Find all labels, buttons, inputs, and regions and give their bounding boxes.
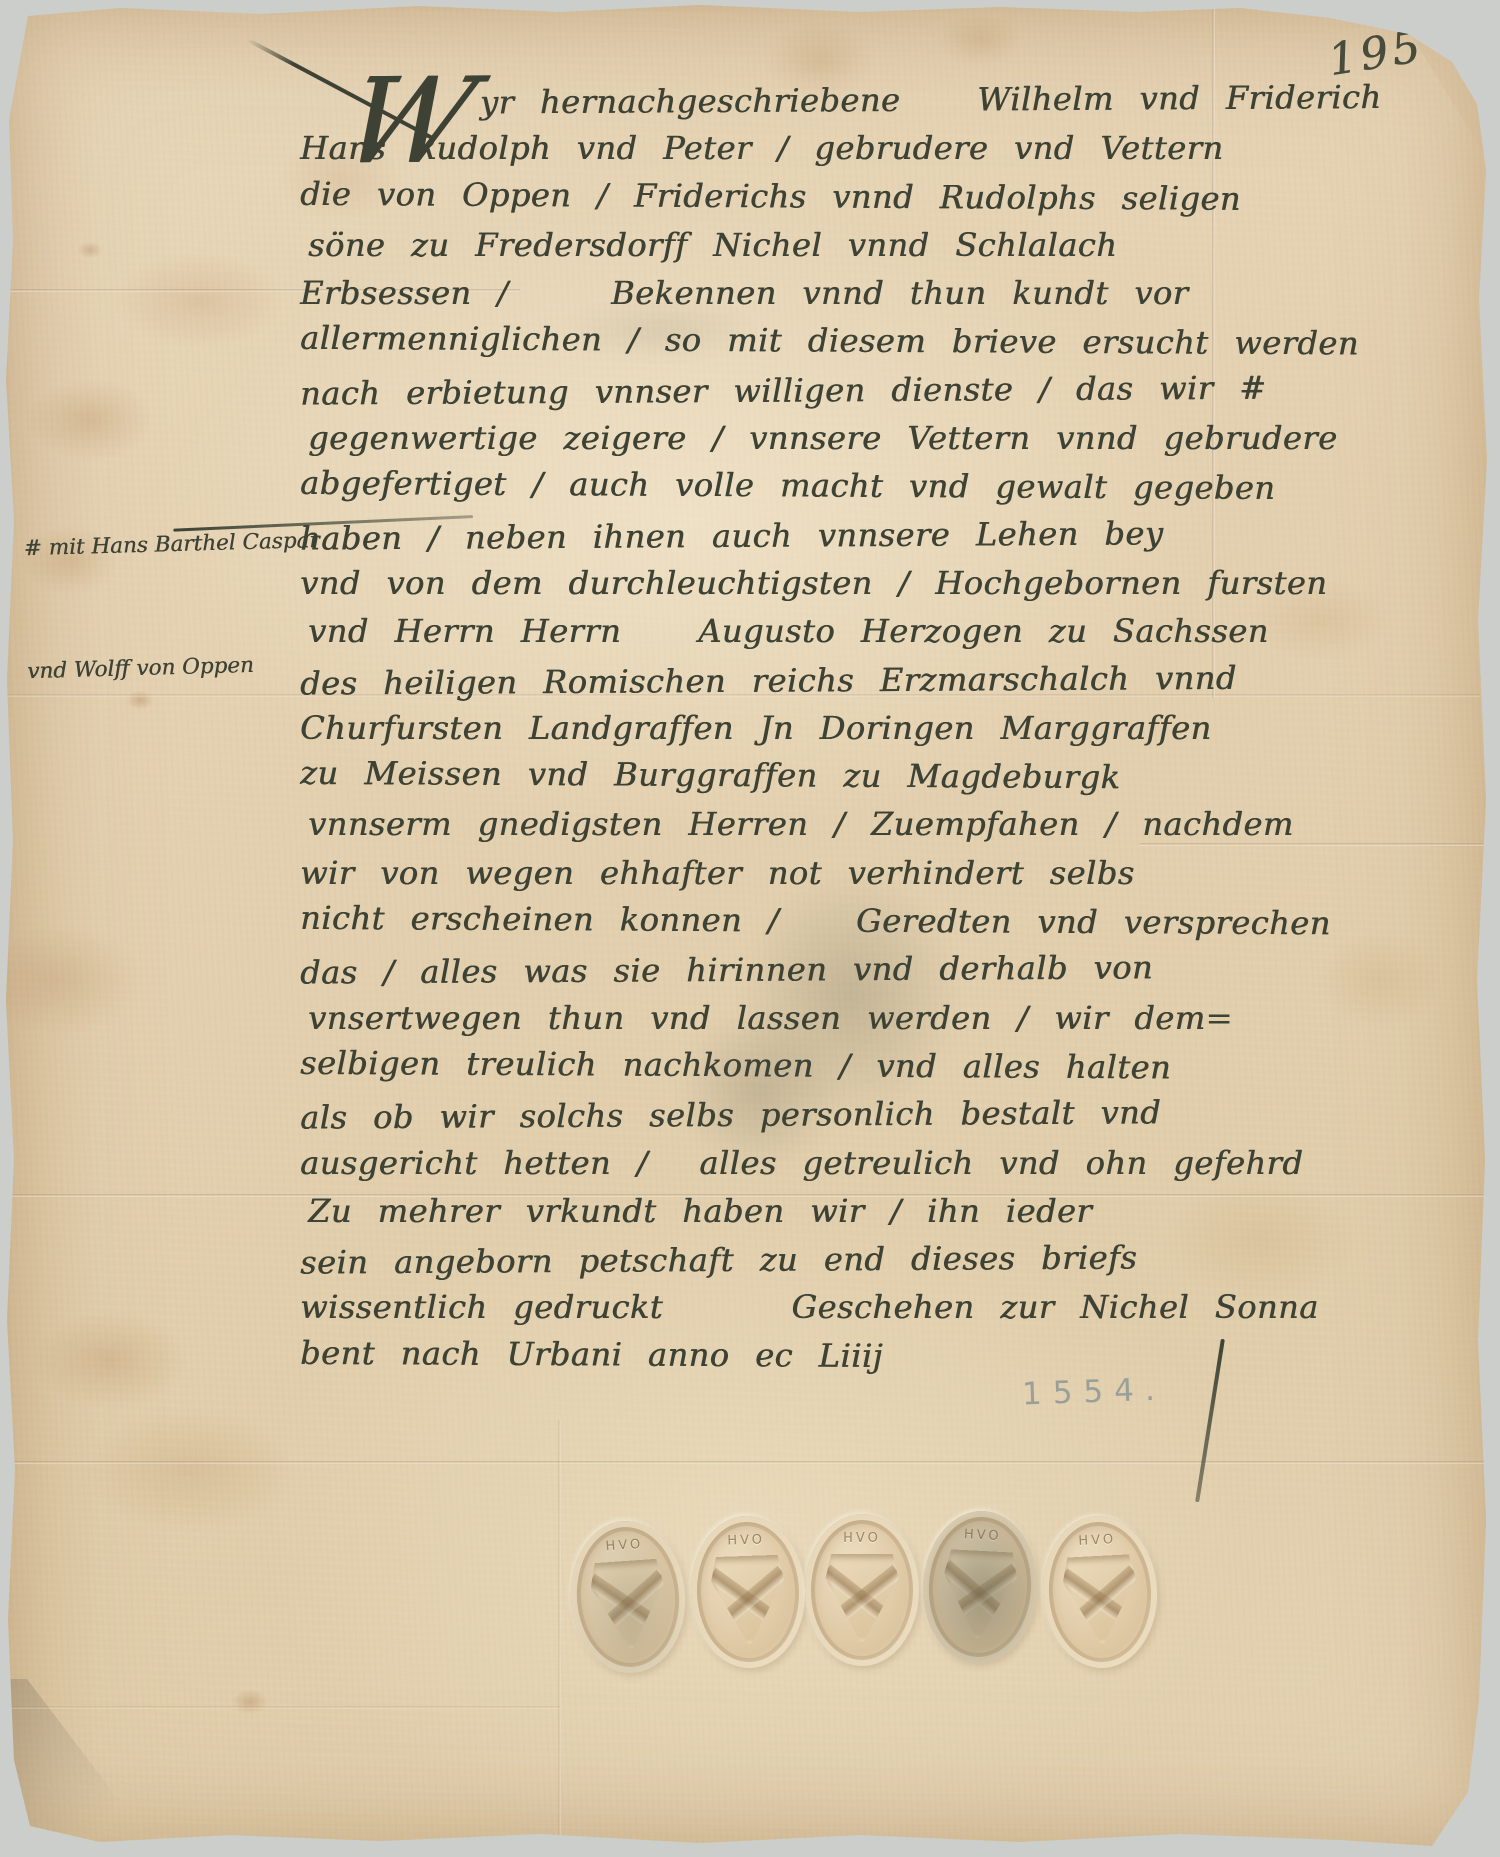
embossed-seal-1: HVO (566, 1517, 690, 1677)
text-line: bent nach Urbani anno ec Liiij (300, 1329, 1492, 1384)
text-line: zu Meissen vnd Burggraffen zu Magdeburgk (300, 749, 1492, 804)
text-line: allermenniglichen / so mit diesem brieve… (300, 314, 1492, 369)
seal-shield-icon (941, 1549, 1018, 1641)
text-line: Hans Rudolph vnd Peter / gebrudere vnd V… (300, 124, 1492, 172)
fold-crease-vertical (558, 1420, 561, 1840)
text-line: Zu mehrer vrkundt haben wir / ihn ieder (308, 1187, 1500, 1235)
dogear-bottom-left (6, 1679, 156, 1849)
text-line: haben / neben ihnen auch vnnsere Lehen b… (300, 507, 1492, 563)
seal-monogram: HVO (805, 1531, 919, 1546)
text-line: das / alles was sie hirinnen vnd derhalb… (300, 942, 1492, 998)
text-line: als ob wir solchs selbs personlich besta… (300, 1087, 1492, 1143)
seal-monogram: HVO (689, 1531, 803, 1550)
margin-note-line: vnd Wolff von Oppen (27, 639, 473, 692)
seal-monogram: HVO (1040, 1530, 1155, 1551)
text-line: Erbsessen / Bekennen vnnd thun kundt vor (300, 269, 1492, 317)
text-line: wissentlich gedruckt Geschehen zur Niche… (300, 1283, 1492, 1331)
seal-monogram: HVO (925, 1525, 1040, 1546)
text-line: ausgericht hetten / alles getreulich vnd… (300, 1139, 1492, 1187)
embossed-seal-4: HVO (919, 1508, 1041, 1666)
handwritten-text-block: Wyr hernachgeschriebene Wilhelm vnd Frid… (300, 76, 1492, 1380)
text-line: die von Oppen / Friderichs vnnd Rudolphs… (300, 169, 1492, 224)
fold-crease-horizontal (0, 1706, 560, 1709)
seal-shield-icon (710, 1554, 786, 1645)
text-line: vnnserm gnedigsten Herren / Zuempfahen /… (308, 800, 1500, 848)
seal-shield-icon (1062, 1554, 1139, 1646)
text-line: sein angeborn petschaft zu end dieses br… (300, 1231, 1492, 1287)
text-line: nicht erscheinen konnen / Geredten vnd v… (300, 894, 1492, 949)
text-line: vnsertwegen thun vnd lassen werden / wir… (308, 994, 1500, 1042)
text-line: gegenwertige zeigere / vnnsere Vettern v… (308, 414, 1500, 462)
seal-monogram: HVO (567, 1534, 682, 1557)
seal-shield-icon (826, 1554, 899, 1642)
fold-crease-horizontal (0, 1461, 1488, 1464)
paper-sheet: 195 1554. Wyr hernachgeschriebene Wilhel… (0, 0, 1500, 1857)
text-line-content: yr hernachgeschriebene Wilhelm vnd Fride… (480, 73, 1382, 127)
text-line: selbigen treulich nachkomen / vnd alles … (300, 1039, 1492, 1094)
text-line: abgefertiget / auch volle macht vnd gewa… (300, 459, 1492, 514)
seal-shield-icon (589, 1558, 668, 1651)
text-line: des heiligen Romischen reichs Erzmarscha… (300, 652, 1492, 708)
text-line: Wyr hernachgeschriebene Wilhelm vnd Frid… (300, 72, 1492, 128)
margin-note-line: # mit Hans Barthel Caspar (23, 516, 469, 569)
text-line: Churfursten Landgraffen Jn Doringen Marg… (300, 704, 1492, 752)
text-line: söne zu Fredersdorff Nichel vnnd Schlala… (308, 221, 1500, 269)
embossed-seal-5: HVO (1039, 1513, 1161, 1671)
text-line: wir von wegen ehhafter not verhindert se… (300, 849, 1492, 897)
margin-note: # mit Hans Barthel Caspar vnd Wolff von … (21, 434, 476, 815)
text-line: vnd von dem durchleuchtigsten / Hochgebo… (300, 559, 1492, 607)
text-line: vnd Herrn Herrn Augusto Herzogen zu Sach… (308, 607, 1500, 655)
embossed-seal-3: HVO (805, 1514, 919, 1666)
embossed-seal-2: HVO (688, 1514, 807, 1670)
text-line: nach erbietung vnnser willigen dienste /… (300, 362, 1492, 418)
scanned-document-page: 195 1554. Wyr hernachgeschriebene Wilhel… (0, 0, 1500, 1857)
